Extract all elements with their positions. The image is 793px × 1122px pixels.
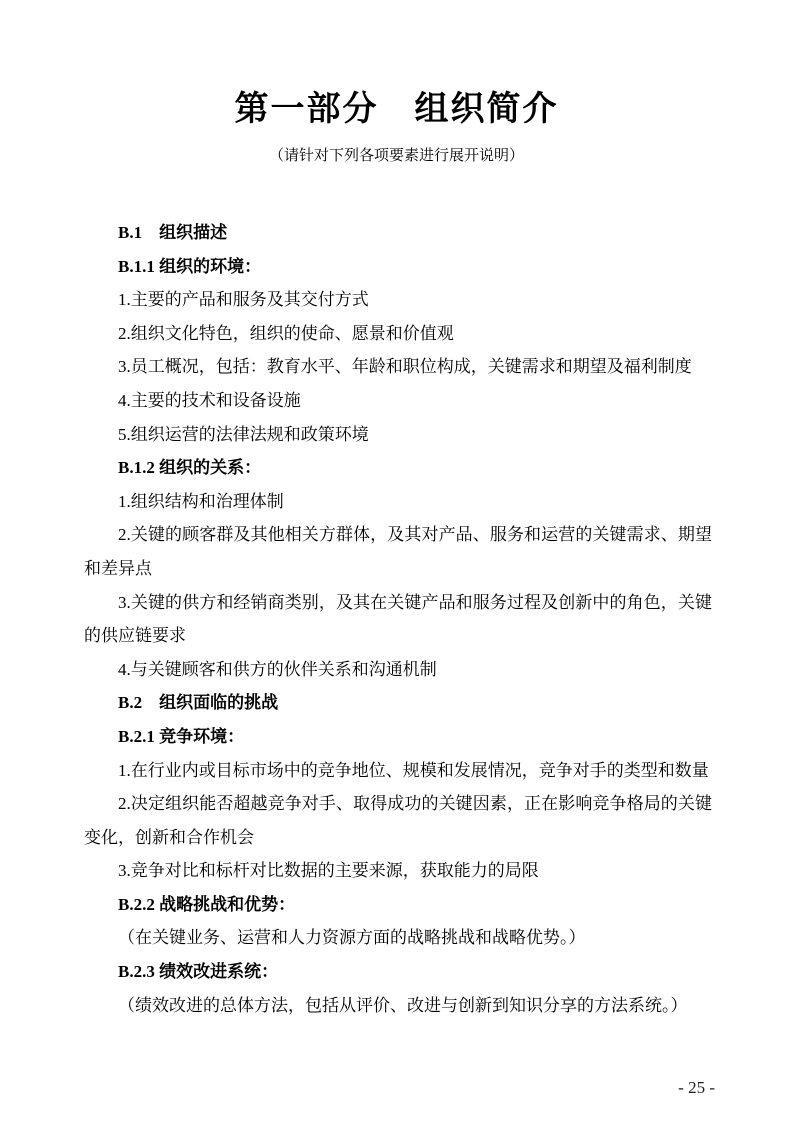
document-subtitle: （请针对下列各项要素进行展开说明） [0,146,793,166]
section-heading: B.2.2 战略挑战和优势： [84,888,712,922]
section-heading: B.2 组织面临的挑战 [84,686,712,720]
paragraph: 4.主要的技术和设备设施 [84,384,712,418]
document-header: 第一部分 组织简介 （请针对下列各项要素进行展开说明） [0,0,793,166]
paragraph: 3.关键的供方和经销商类别，及其在关键产品和服务过程及创新中的角色，关键的供应链… [84,586,712,653]
paragraph: 2.决定组织能否超越竞争对手、取得成功的关键因素，正在影响竞争格局的关键变化，创… [84,787,712,854]
paragraph: 1.组织结构和治理体制 [84,485,712,519]
paragraph: 2.关键的顾客群及其他相关方群体，及其对产品、服务和运营的关键需求、期望和差异点 [84,518,712,585]
paragraph: 1.在行业内或目标市场中的竞争地位、规模和发展情况，竞争对手的类型和数量 [84,754,712,788]
paragraph: 3.竞争对比和标杆对比数据的主要来源，获取能力的局限 [84,854,712,888]
paragraph-list: B.1 组织描述B.1.1 组织的环境：1.主要的产品和服务及其交付方式2.组织… [84,216,712,1022]
section-heading: B.2.3 绩效改进系统： [84,955,712,989]
section-heading: B.2.1 竞争环境： [84,720,712,754]
paragraph: 2.组织文化特色，组织的使命、愿景和价值观 [84,317,712,351]
paragraph: （绩效改进的总体方法，包括从评价、改进与创新到知识分享的方法系统。） [84,989,712,1023]
paragraph: 4.与关键顾客和供方的伙伴关系和沟通机制 [84,653,712,687]
document-page: 第一部分 组织简介 （请针对下列各项要素进行展开说明） B.1 组织描述B.1.… [0,0,793,1122]
section-heading: B.1.2 组织的关系： [84,451,712,485]
paragraph: 5.组织运营的法律法规和政策环境 [84,418,712,452]
document-title: 第一部分 组织简介 [0,90,793,130]
section-heading: B.1.1 组织的环境： [84,250,712,284]
page-number: - 25 - [678,1078,715,1097]
page-footer: - 25 - [678,1078,715,1098]
section-heading: B.1 组织描述 [84,216,712,250]
paragraph: 3.员工概况，包括：教育水平、年龄和职位构成，关键需求和期望及福利制度 [84,350,712,384]
document-body: B.1 组织描述B.1.1 组织的环境：1.主要的产品和服务及其交付方式2.组织… [0,166,793,1022]
paragraph: 1.主要的产品和服务及其交付方式 [84,283,712,317]
paragraph: （在关键业务、运营和人力资源方面的战略挑战和战略优势。） [84,921,712,955]
